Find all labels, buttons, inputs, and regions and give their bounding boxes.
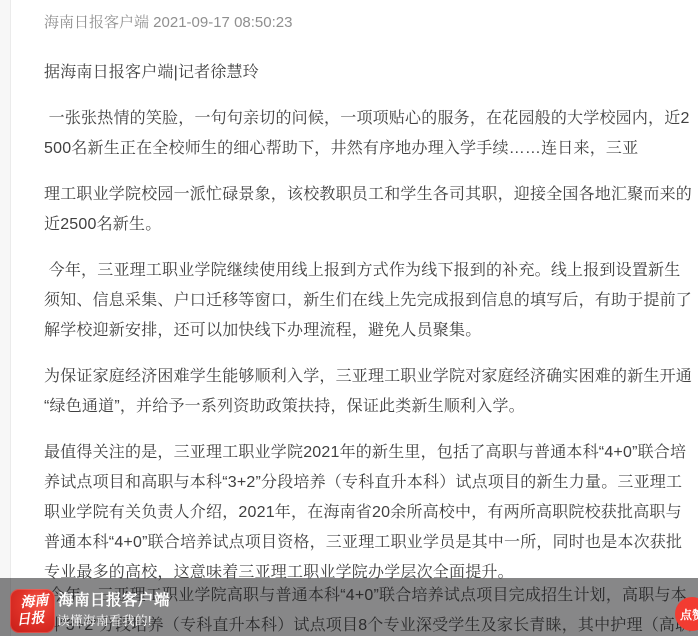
article-page: 海南日报客户端 2021-09-17 08:50:23 据海南日报客户端|记者徐… (0, 0, 698, 636)
article-line: 一张张热情的笑脸，一句句亲切的问候，一项项贴心的服务，在花园般的大学校园内，近2 (44, 104, 698, 134)
like-badge-button[interactable]: 点赞 (675, 597, 698, 631)
article-line: 最值得关注的是，三亚理工职业学院2021年的新生里，包括了高职与普通本科“4+0… (44, 438, 698, 468)
article-line: 理工职业学院校园一派忙碌景象，该校教职员工和学生各司其职，迎接全国各地汇聚而来的 (44, 180, 698, 210)
app-promo-banner[interactable]: 海南 日报 海南日报客户端 读懂海南看我的! 点赞 (0, 578, 698, 636)
article-paragraph: 最值得关注的是，三亚理工职业学院2021年的新生里，包括了高职与普通本科“4+0… (44, 438, 698, 588)
article-paragraph: 今年，三亚理工职业学院继续使用线上报到方式作为线下报到的补充。线上报到设置新生须… (44, 256, 698, 346)
article-line: 为保证家庭经济困难学生能够顺利入学，三亚理工职业学院对家庭经济确实困难的新生开通 (44, 362, 698, 392)
left-gutter (0, 0, 11, 636)
article-line: 养试点项目和高职与本科“3+2”分段培养（专科直升本科）试点项目的新生力量。三亚… (44, 468, 698, 498)
hainan-daily-logo: 海南 日报 (10, 589, 55, 633)
article-line: 解学校迎新安排，还可以加快线下办理流程，避免人员聚集。 (44, 316, 698, 346)
article-paragraph: 一张张热情的笑脸，一句句亲切的问候，一项项贴心的服务，在花园般的大学校园内，近2… (44, 104, 698, 164)
source-timestamp: 海南日报客户端 2021-09-17 08:50:23 (44, 13, 698, 33)
article-body: 一张张热情的笑脸，一句句亲切的问候，一项项贴心的服务，在花园般的大学校园内，近2… (44, 104, 698, 588)
banner-app-title: 海南日报客户端 (58, 588, 170, 610)
article-line: 今年，三亚理工职业学院继续使用线上报到方式作为线下报到的补充。线上报到设置新生 (44, 256, 698, 286)
article-paragraph: 理工职业学院校园一派忙碌景象，该校教职员工和学生各司其职，迎接全国各地汇聚而来的… (44, 180, 698, 240)
article-line: 普通本科“4+0”联合培养试点项目资格，三亚理工职业学员是其中一所，同时也是本次… (44, 528, 698, 558)
article-line: “绿色通道”，并给予一系列资助政策扶持，保证此类新生顺利入学。 (44, 392, 698, 422)
article-content: 海南日报客户端 2021-09-17 08:50:23 据海南日报客户端|记者徐… (44, 13, 698, 604)
article-line: 近2500名新生。 (44, 210, 698, 240)
article-paragraph: 为保证家庭经济困难学生能够顺利入学，三亚理工职业学院对家庭经济确实困难的新生开通… (44, 362, 698, 422)
article-line: 职业学院有关负责人介绍，2021年，在海南省20余所高校中，有两所高职院校获批高… (44, 498, 698, 528)
article-line: 须知、信息采集、户口迁移等窗口，新生们在线上先完成报到信息的填写后，有助于提前了 (44, 286, 698, 316)
banner-slogan: 读懂海南看我的! (57, 611, 152, 629)
byline: 据海南日报客户端|记者徐慧玲 (44, 58, 698, 88)
logo-text-bottom: 日报 (7, 609, 54, 631)
article-line: 500名新生正在全校师生的细心帮助下，井然有序地办理入学手续……连日来，三亚 (44, 134, 698, 164)
